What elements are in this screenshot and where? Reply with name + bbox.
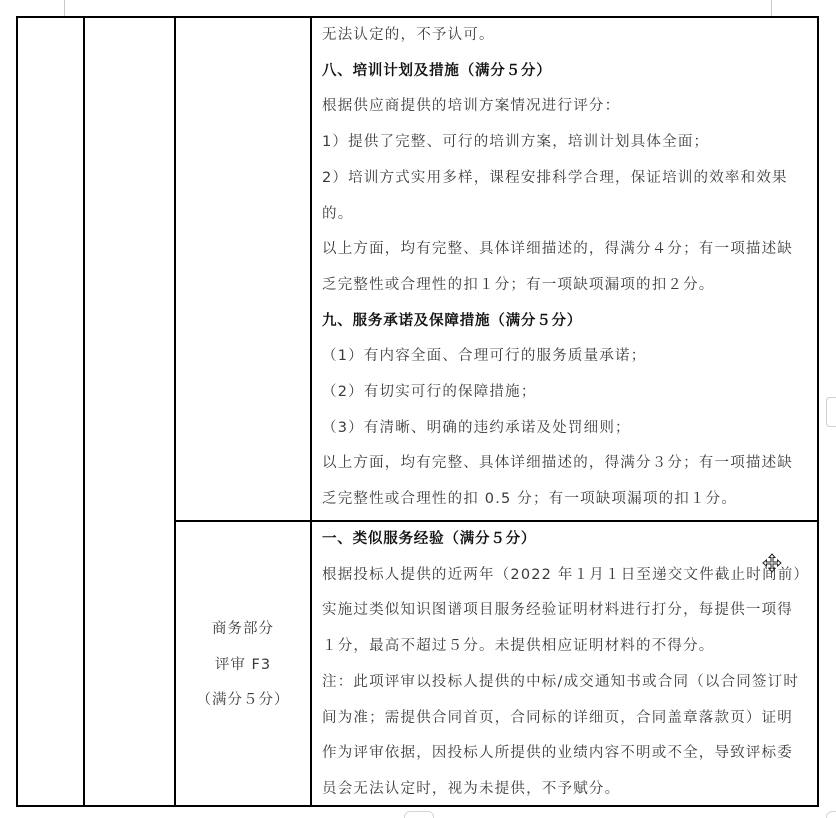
column-divider-3	[310, 18, 312, 805]
paragraph: 1）提供了完整、可行的培训方案，培训计划具体全面；	[314, 125, 817, 161]
bottom-scroll-handle-right[interactable]	[826, 811, 836, 818]
column-divider-1	[83, 18, 85, 805]
paragraph: １分，最高不超过５分。未提供相应证明材料的不得分。	[314, 629, 817, 665]
section-label-cell[interactable]: 商务部分 评审 F3 （满分５分）	[176, 522, 310, 805]
paragraph: 注：此项评审以投标人提供的中标/成交通知书或合同（以合同签订时	[314, 665, 817, 701]
section-label-line3: （满分５分）	[176, 683, 310, 719]
section-heading-training: 八、培训计划及措施（满分５分）	[314, 54, 817, 90]
paragraph: （3）有清晰、明确的违约承诺及处罚细则；	[314, 411, 817, 447]
paragraph: 间为准；需提供合同首页，合同标的详细页，合同盖章落款页）证明	[314, 701, 817, 737]
side-collapse-tab[interactable]	[826, 397, 836, 427]
paragraph: 根据供应商提供的培训方案情况进行评分：	[314, 89, 817, 125]
paragraph: 无法认定的，不予认可。	[314, 18, 817, 54]
paragraph: 员会无法认定时，视为未提供，不予赋分。	[314, 772, 817, 808]
scoring-table: 无法认定的，不予认可。 八、培训计划及措施（满分５分） 根据供应商提供的培训方案…	[16, 16, 819, 807]
section-label-line1: 商务部分	[176, 612, 310, 648]
criteria-cell-upper[interactable]: 无法认定的，不予认可。 八、培训计划及措施（满分５分） 根据供应商提供的培训方案…	[314, 18, 817, 518]
section-heading-similar-experience: 一、类似服务经验（满分５分）	[314, 522, 817, 558]
criteria-cell-lower[interactable]: 一、类似服务经验（满分５分） 根据投标人提供的近两年（2022 年１月１日至递交…	[314, 522, 817, 808]
paragraph: 的。	[314, 197, 817, 233]
paragraph: 乏完整性或合理性的扣１分；有一项缺项漏项的扣２分。	[314, 268, 817, 304]
section-label-line2: 评审 F3	[176, 648, 310, 684]
section-heading-service-commitment: 九、服务承诺及保障措施（满分５分）	[314, 304, 817, 340]
page-margin-mark-left	[64, 0, 65, 16]
bottom-scroll-handle-left[interactable]	[404, 811, 434, 818]
paragraph: 实施过类似知识图谱项目服务经验证明材料进行打分，每提供一项得	[314, 593, 817, 629]
paragraph: 以上方面，均有完整、具体详细描述的，得满分３分；有一项描述缺	[314, 446, 817, 482]
paragraph: 以上方面，均有完整、具体详细描述的，得满分４分；有一项描述缺	[314, 232, 817, 268]
paragraph: 作为评审依据，因投标人所提供的业绩内容不明或不全，导致评标委	[314, 736, 817, 772]
paragraph: 2）培训方式实用多样，课程安排科学合理，保证培训的效率和效果	[314, 161, 817, 197]
paragraph: （1）有内容全面、合理可行的服务质量承诺；	[314, 339, 817, 375]
move-cursor-icon	[762, 553, 782, 573]
paragraph: 根据投标人提供的近两年（2022 年１月１日至递交文件截止时间前）	[314, 558, 817, 594]
paragraph: 乏完整性或合理性的扣 0.5 分；有一项缺项漏项的扣１分。	[314, 482, 817, 518]
paragraph: （2）有切实可行的保障措施；	[314, 375, 817, 411]
page-margin-mark-right	[771, 0, 772, 16]
